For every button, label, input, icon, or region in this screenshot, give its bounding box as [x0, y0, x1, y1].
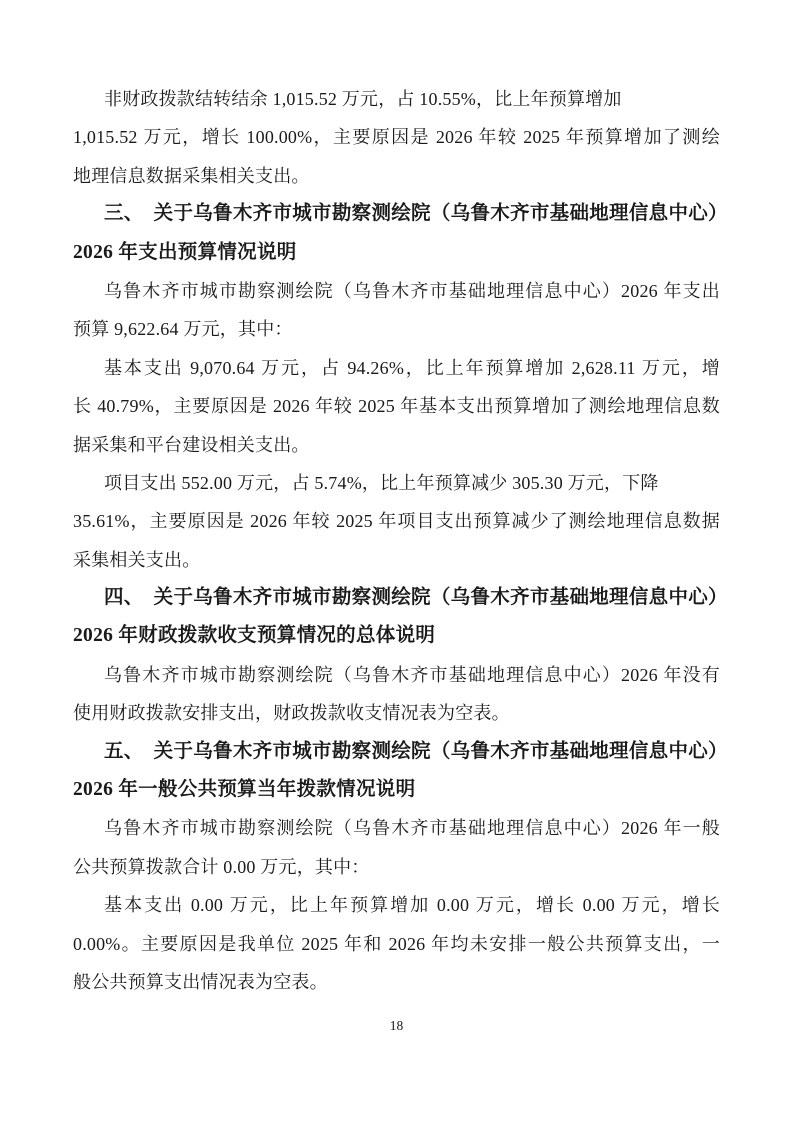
text-line: 预算 9,622.64 万元，其中：	[73, 310, 720, 348]
section-heading: 三、 关于乌鲁木齐市城市勘察测绘院（乌鲁木齐市基础地理信息中心）2026 年支出…	[73, 195, 720, 272]
text-line: 2026 年支出预算情况说明	[73, 234, 720, 272]
text-line: 长 40.79%，主要原因是 2026 年较 2025 年基本支出预算增加了测绘…	[73, 387, 720, 425]
section-heading: 五、 关于乌鲁木齐市城市勘察测绘院（乌鲁木齐市基础地理信息中心）2026 年一般…	[73, 733, 720, 810]
text-line: 乌鲁木齐市城市勘察测绘院（乌鲁木齐市基础地理信息中心）2026 年没有	[73, 656, 720, 694]
paragraph: 乌鲁木齐市城市勘察测绘院（乌鲁木齐市基础地理信息中心）2026 年支出预算 9,…	[73, 272, 720, 349]
paragraph: 基本支出 9,070.64 万元，占 94.26%，比上年预算增加 2,628.…	[73, 349, 720, 464]
text-line: 35.61%，主要原因是 2026 年较 2025 年项目支出预算减少了测绘地理…	[73, 502, 720, 540]
text-line: 基本支出 9,070.64 万元，占 94.26%，比上年预算增加 2,628.…	[73, 349, 720, 387]
paragraph: 乌鲁木齐市城市勘察测绘院（乌鲁木齐市基础地理信息中心）2026 年一般公共预算拨…	[73, 809, 720, 886]
paragraph: 项目支出 552.00 万元，占 5.74%，比上年预算减少 305.30 万元…	[73, 464, 720, 579]
text-line: 非财政拨款结转结余 1,015.52 万元，占 10.55%，比上年预算增加	[73, 80, 720, 118]
paragraph: 基本支出 0.00 万元，比上年预算增加 0.00 万元，增长 0.00 万元，…	[73, 886, 720, 1001]
text-line: 1,015.52 万元，增长 100.00%，主要原因是 2026 年较 202…	[73, 118, 720, 156]
text-line: 三、 关于乌鲁木齐市城市勘察测绘院（乌鲁木齐市基础地理信息中心）	[73, 195, 720, 233]
document-page: 非财政拨款结转结余 1,015.52 万元，占 10.55%，比上年预算增加1,…	[0, 0, 793, 1122]
text-line: 乌鲁木齐市城市勘察测绘院（乌鲁木齐市基础地理信息中心）2026 年一般	[73, 809, 720, 847]
text-line: 五、 关于乌鲁木齐市城市勘察测绘院（乌鲁木齐市基础地理信息中心）	[73, 733, 720, 771]
text-line: 项目支出 552.00 万元，占 5.74%，比上年预算减少 305.30 万元…	[73, 464, 720, 502]
text-line: 2026 年财政拨款收支预算情况的总体说明	[73, 617, 720, 655]
text-line: 0.00%。主要原因是我单位 2025 年和 2026 年均未安排一般公共预算支…	[73, 925, 720, 963]
document-body: 非财政拨款结转结余 1,015.52 万元，占 10.55%，比上年预算增加1,…	[73, 80, 720, 1001]
paragraph: 非财政拨款结转结余 1,015.52 万元，占 10.55%，比上年预算增加1,…	[73, 80, 720, 195]
text-line: 据采集和平台建设相关支出。	[73, 426, 720, 464]
page-number: 18	[0, 1017, 793, 1035]
text-line: 乌鲁木齐市城市勘察测绘院（乌鲁木齐市基础地理信息中心）2026 年支出	[73, 272, 720, 310]
section-heading: 四、 关于乌鲁木齐市城市勘察测绘院（乌鲁木齐市基础地理信息中心）2026 年财政…	[73, 579, 720, 656]
text-line: 采集相关支出。	[73, 541, 720, 579]
text-line: 基本支出 0.00 万元，比上年预算增加 0.00 万元，增长 0.00 万元，…	[73, 886, 720, 924]
text-line: 地理信息数据采集相关支出。	[73, 157, 720, 195]
text-line: 般公共预算支出情况表为空表。	[73, 963, 720, 1001]
text-line: 公共预算拨款合计 0.00 万元，其中：	[73, 848, 720, 886]
text-line: 使用财政拨款安排支出，财政拨款收支情况表为空表。	[73, 694, 720, 732]
paragraph: 乌鲁木齐市城市勘察测绘院（乌鲁木齐市基础地理信息中心）2026 年没有使用财政拨…	[73, 656, 720, 733]
text-line: 四、 关于乌鲁木齐市城市勘察测绘院（乌鲁木齐市基础地理信息中心）	[73, 579, 720, 617]
text-line: 2026 年一般公共预算当年拨款情况说明	[73, 771, 720, 809]
